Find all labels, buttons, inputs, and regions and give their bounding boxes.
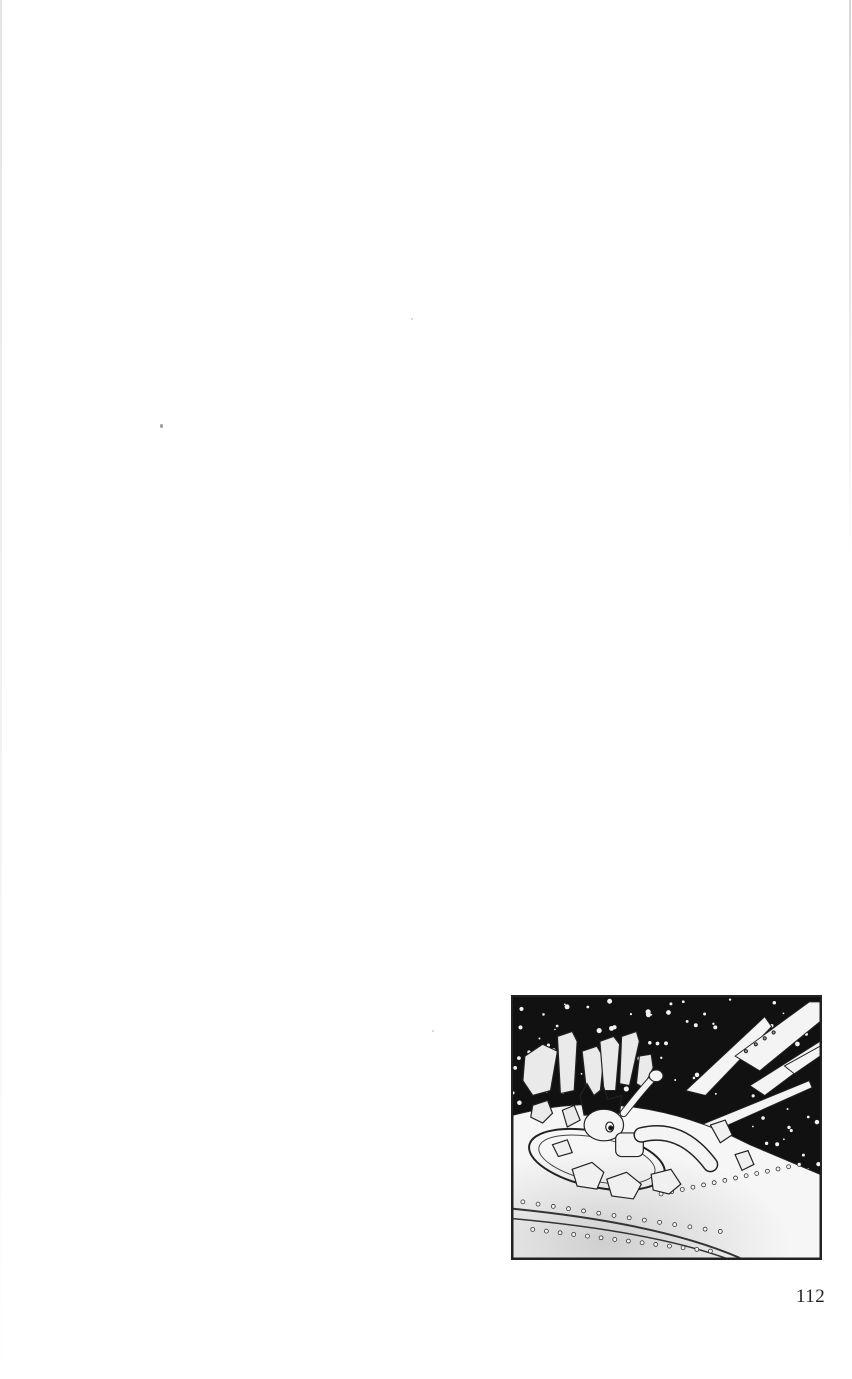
panel-illustration (513, 997, 820, 1258)
scan-speck (160, 424, 163, 428)
scan-speck (432, 1030, 434, 1032)
scan-speck (411, 318, 413, 320)
page-number: 112 (796, 1286, 825, 1308)
manga-panel (511, 995, 822, 1260)
page-edge-left (0, 0, 2, 1379)
page-edge-right (849, 0, 851, 560)
